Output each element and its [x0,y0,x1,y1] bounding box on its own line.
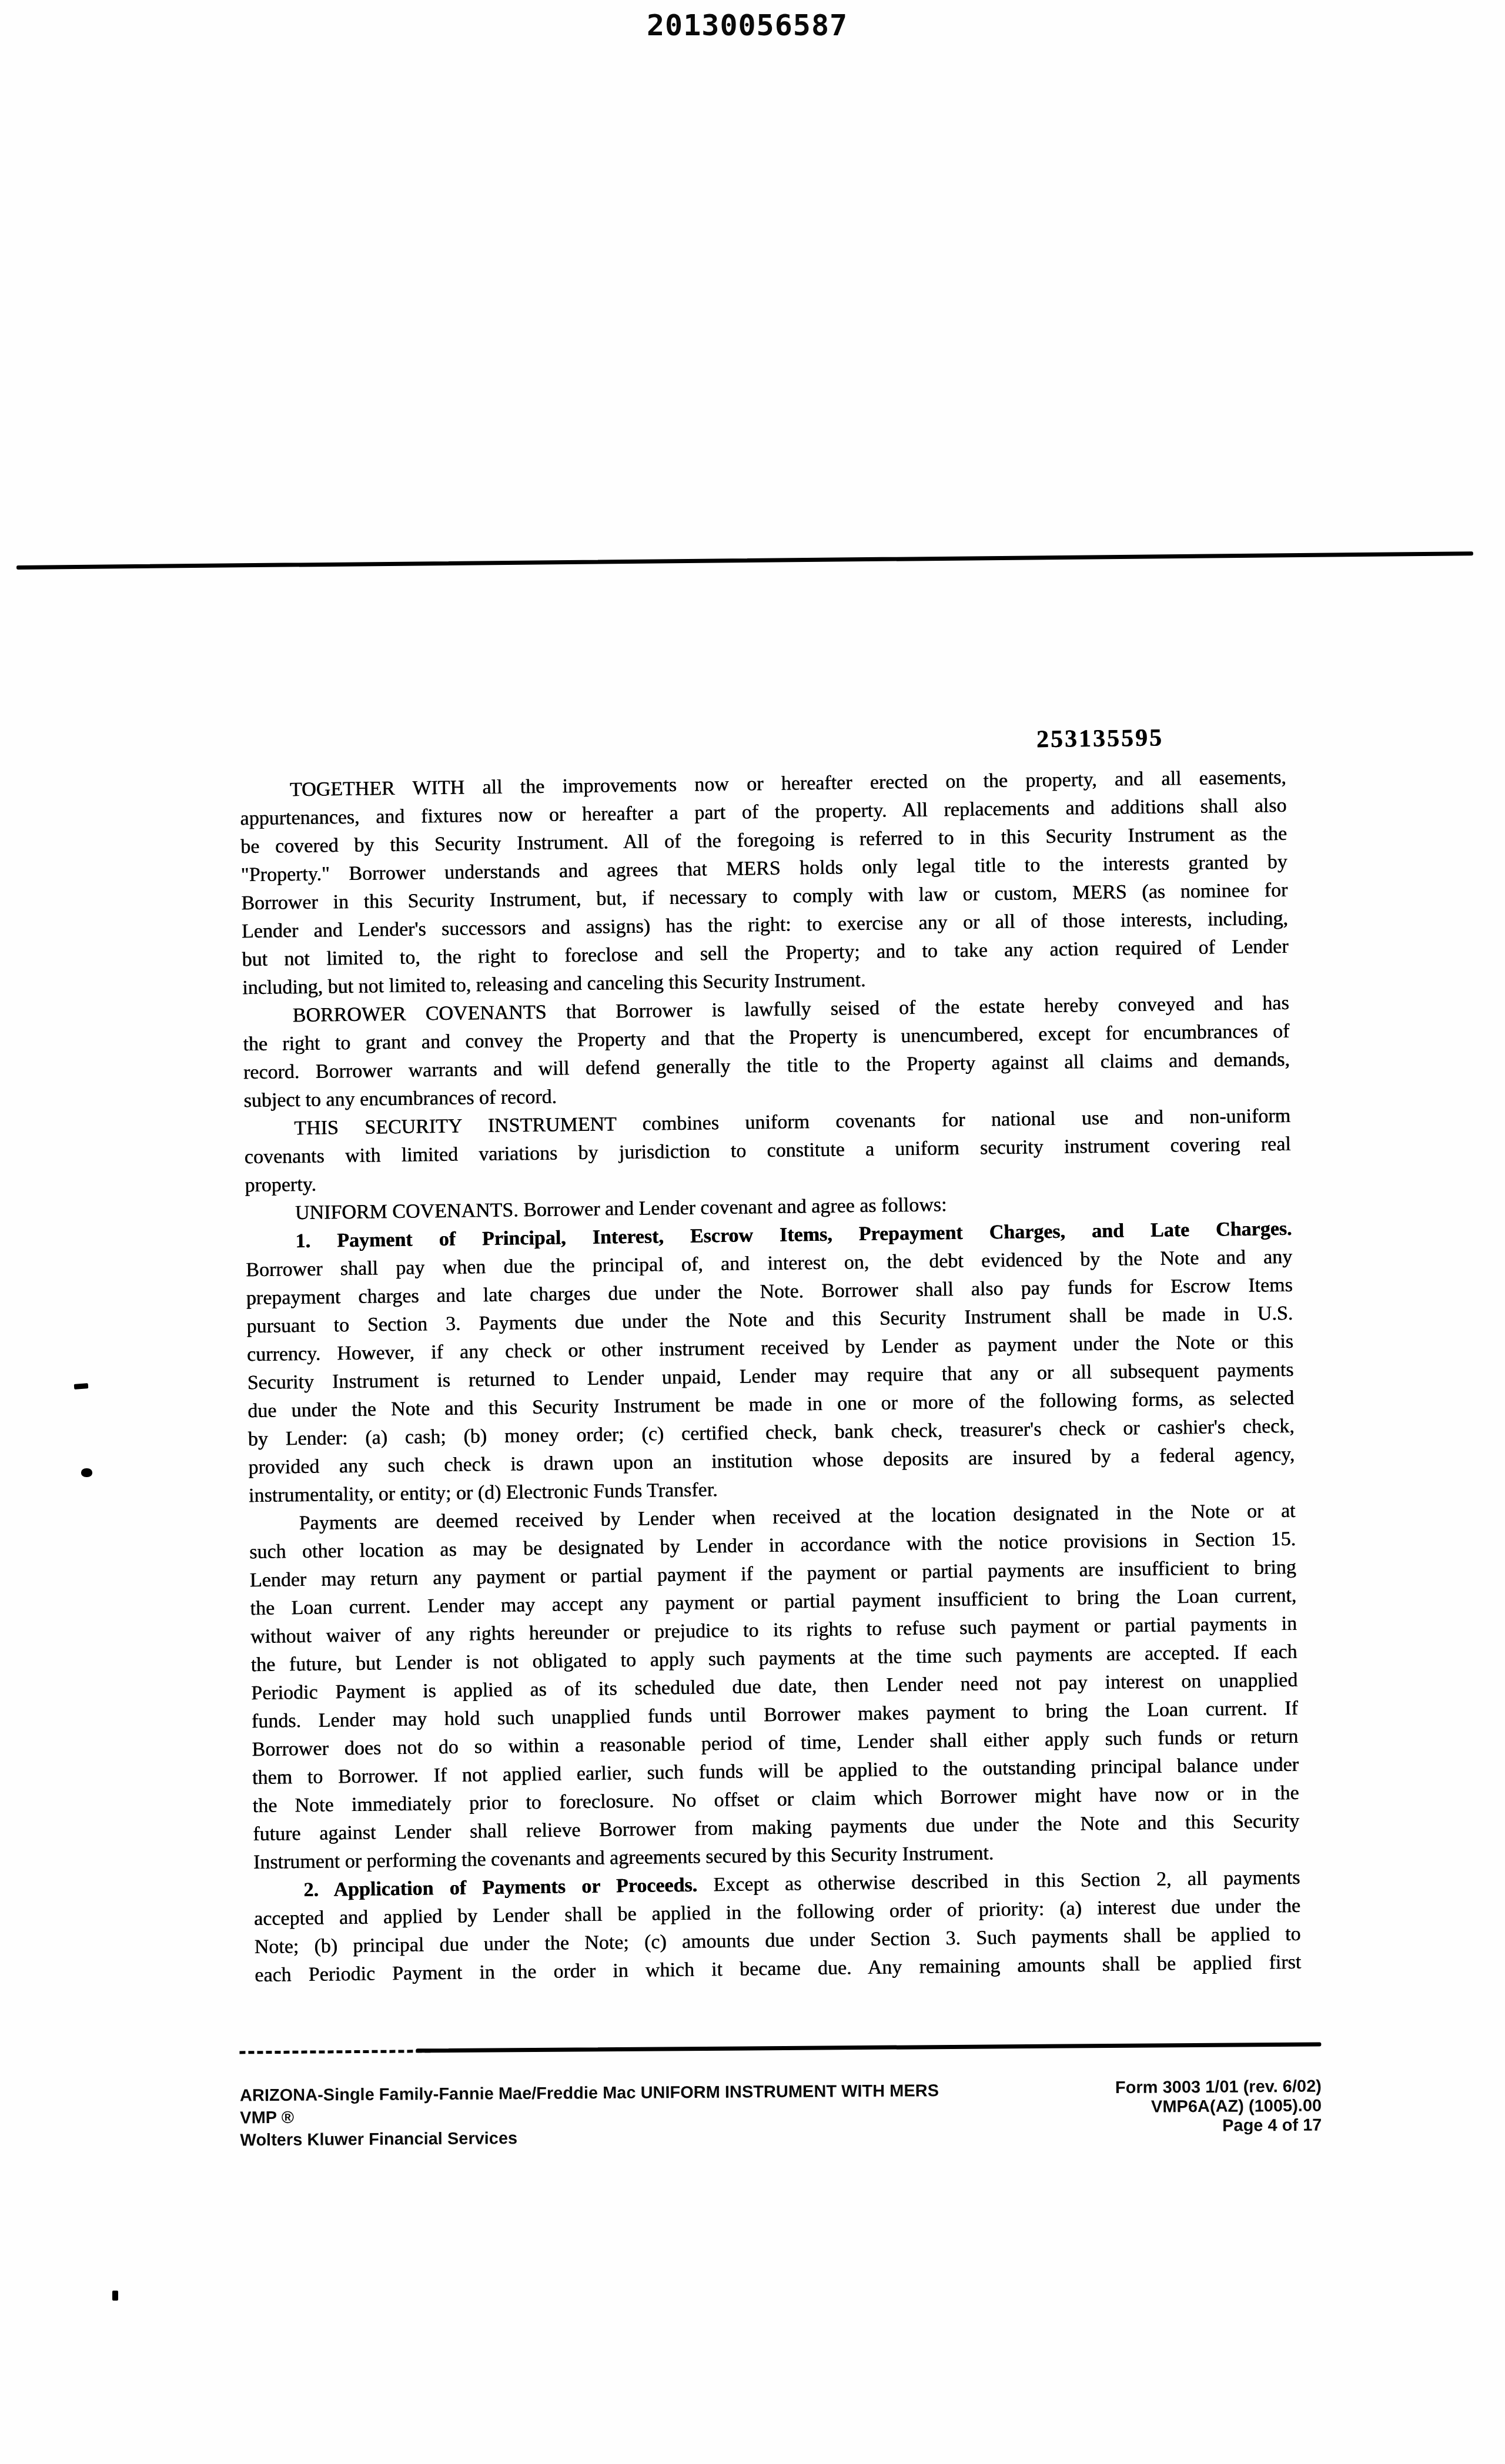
paragraph-payments-deemed-received: Payments are deemed received by Lender w… [249,1497,1300,1877]
footer-rule-dashed-segment [239,2050,439,2054]
paragraph-borrower-covenants: BORROWER COVENANTS that Borrower is lawf… [242,989,1290,1115]
footer-form-identification: ARIZONA-Single Family-Fannie Mae/Freddie… [240,2080,939,2151]
scan-artifact-blob [81,1468,92,1477]
document-page: 20130056587 253135595 TOGETHER WITH all … [0,0,1505,2464]
body-paragraphs: TOGETHER WITH all the improvements now o… [240,764,1302,1990]
footer-rule [239,2042,1321,2055]
page-footer: ARIZONA-Single Family-Fannie Mae/Freddie… [239,2042,1322,2152]
paragraph-section-2-application: 2. Application of Payments or Proceeds. … [253,1864,1301,1990]
document-body: 253135595 TOGETHER WITH all the improvem… [239,722,1302,1990]
loan-number: 253135595 [239,722,1286,764]
footer-rule-solid-segment [416,2043,1321,2053]
horizontal-rule [16,551,1473,570]
footer-form-number: Form 3003 1/01 (rev. 6/02) [1115,2077,1322,2098]
footer-form-numbers: Form 3003 1/01 (rev. 6/02) VMP6A(AZ) (10… [1115,2077,1322,2137]
footer-page-number: Page 4 of 17 [1115,2116,1322,2137]
paragraph-section-1-payment: 1. Payment of Principal, Interest, Escro… [245,1215,1295,1510]
recording-number: 20130056587 [647,8,848,42]
footer-services-label: Wolters Kluwer Financial Services [240,2124,939,2151]
paragraph-this-security-instrument: THIS SECURITY INSTRUMENT combines unifor… [244,1102,1292,1200]
paragraph-together-with: TOGETHER WITH all the improvements now o… [240,764,1289,1002]
footer-vmp-number: VMP6A(AZ) (1005).00 [1115,2097,1322,2117]
scan-artifact-speck [112,2291,118,2301]
scan-artifact-dash [74,1383,89,1390]
